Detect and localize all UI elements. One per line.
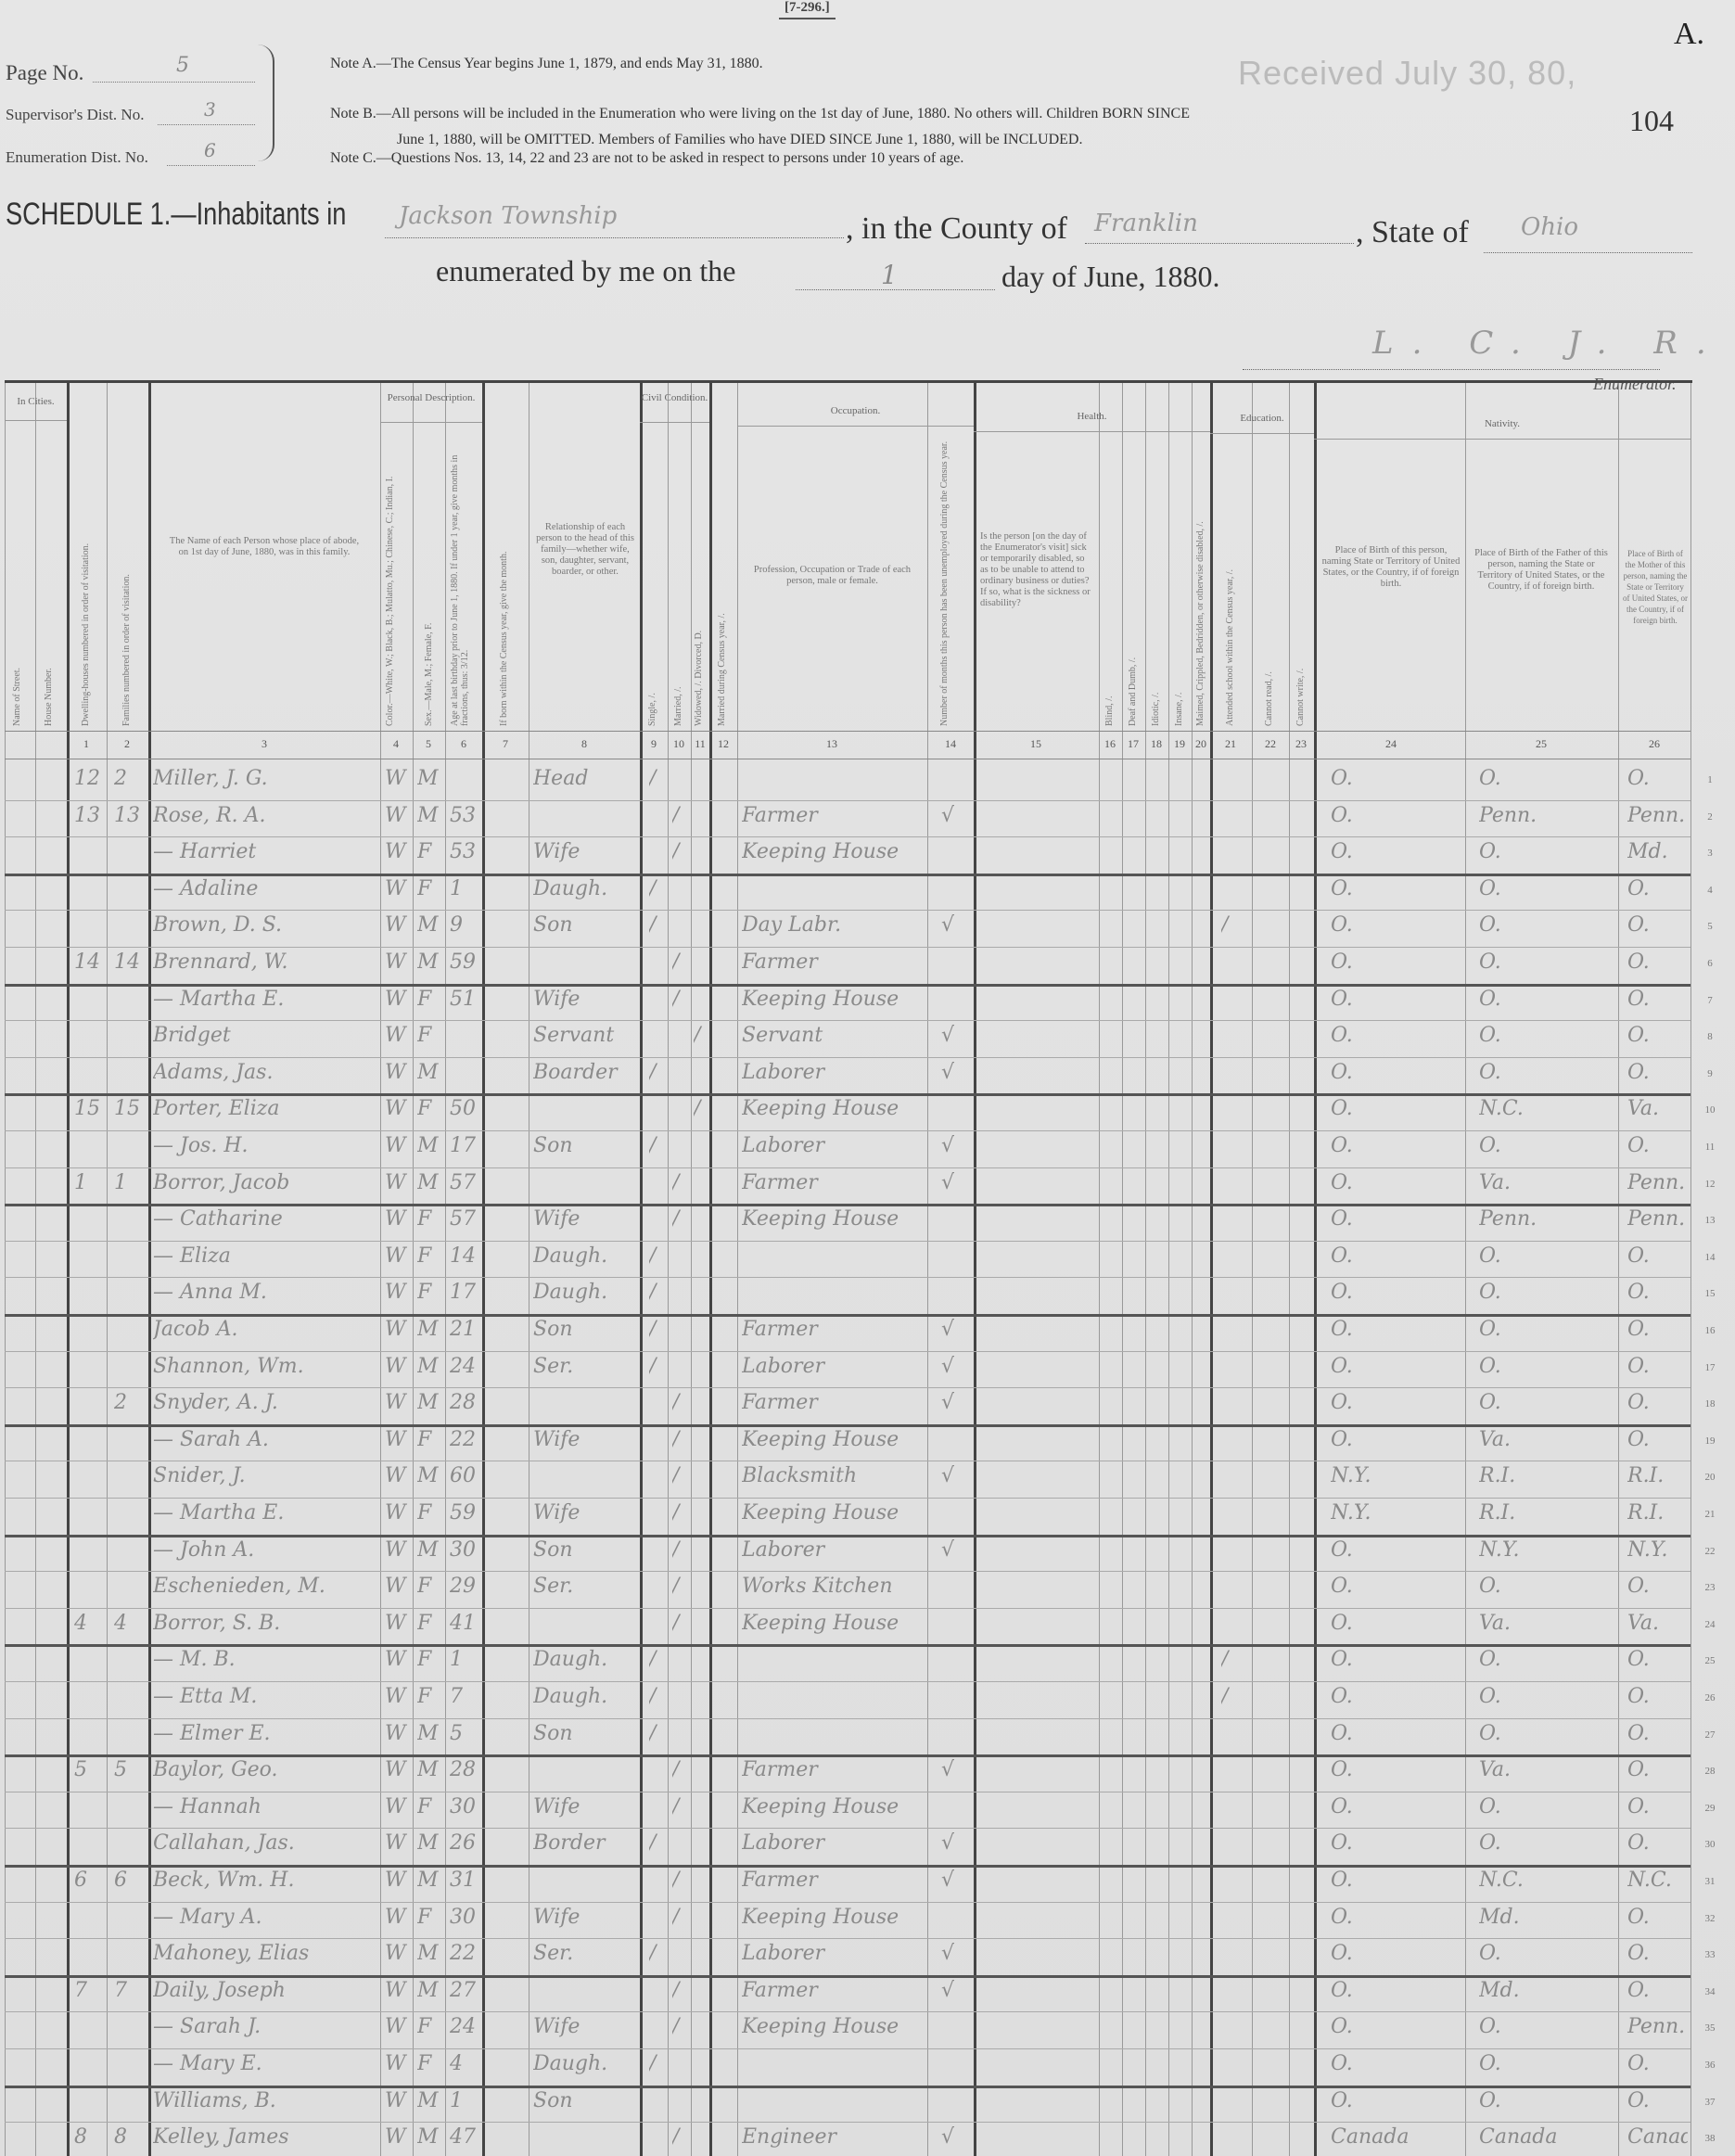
table-row: Snider, J.WM60/Blacksmith√N.Y.R.I.R.I.20 xyxy=(5,1461,1692,1495)
birthplace-value: O. xyxy=(1331,950,1461,978)
color-value: W xyxy=(385,1758,411,1786)
single-mark: / xyxy=(649,913,666,941)
header-col19-insane: Insane, /. xyxy=(1174,633,1184,726)
married-mark: / xyxy=(672,2125,689,2153)
table-row: Brown, D. S.WM9Son/Day Labr.√/O.O.O.5 xyxy=(5,910,1692,944)
line-number: 32 xyxy=(1696,1913,1724,1924)
received-stamp: Received July 30, 80, xyxy=(1238,54,1576,93)
widowed-mark xyxy=(694,1648,708,1676)
person-name: — Mary E. xyxy=(153,2052,376,2080)
relationship-value xyxy=(533,2125,635,2153)
unemployed-mark xyxy=(941,1722,969,1750)
married-mark: / xyxy=(672,950,689,978)
sex-value: M xyxy=(417,950,443,978)
age-value: 27 xyxy=(450,1979,479,2007)
state-value: Ohio xyxy=(1521,213,1578,241)
color-value: W xyxy=(385,1612,411,1639)
school-mark xyxy=(1221,1391,1249,1419)
table-row: — HannahWF30Wife/Keeping HouseO.O.O.29 xyxy=(5,1792,1692,1826)
school-mark xyxy=(1221,1134,1249,1162)
occupation-value: Day Labr. xyxy=(742,913,923,941)
unemployed-mark xyxy=(941,1906,969,1933)
dwelling-number xyxy=(74,2089,102,2117)
widowed-mark xyxy=(694,2125,708,2153)
line-number: 9 xyxy=(1696,1068,1724,1079)
occupation-value: Keeping House xyxy=(742,2015,923,2043)
single-mark xyxy=(649,988,666,1015)
widowed-mark xyxy=(694,1685,708,1713)
father-birthplace-value: N.Y. xyxy=(1479,1538,1609,1566)
table-row: Callahan, Jas.WM26Border/Laborer√O.O.O.3… xyxy=(5,1828,1692,1862)
unemployed-mark xyxy=(941,877,969,905)
person-name: Brennard, W. xyxy=(153,950,376,978)
color-value: W xyxy=(385,1942,411,1970)
family-number: 2 xyxy=(114,1391,142,1419)
color-value: W xyxy=(385,1538,411,1566)
family-number xyxy=(114,877,142,905)
mother-birthplace-value: Penn. xyxy=(1627,1207,1688,1235)
sex-value: M xyxy=(417,1831,443,1859)
mother-birthplace-value: O. xyxy=(1627,877,1688,905)
widowed-mark xyxy=(694,950,708,978)
header-col22-cannot-read: Cannot read, /. xyxy=(1264,615,1274,726)
relationship-value: Wife xyxy=(533,988,635,1015)
single-mark xyxy=(649,1612,666,1639)
mother-birthplace-value: O. xyxy=(1627,1942,1688,1970)
age-value: 5 xyxy=(450,1722,479,1750)
unemployed-mark xyxy=(941,1575,969,1602)
father-birthplace-value: O. xyxy=(1479,1355,1609,1383)
married-mark xyxy=(672,767,689,795)
table-row: 2Snyder, A. J.WM28/Farmer√O.O.O.18 xyxy=(5,1387,1692,1422)
mother-birthplace-value: O. xyxy=(1627,1795,1688,1823)
father-birthplace-value: O. xyxy=(1479,1575,1609,1602)
column-number: 4 xyxy=(382,737,410,751)
school-mark xyxy=(1221,2089,1249,2117)
single-mark xyxy=(649,1795,666,1823)
school-mark xyxy=(1221,1097,1249,1125)
header-col21-school: Attended school within the Census year, … xyxy=(1225,485,1235,726)
person-name: Bridget xyxy=(153,1024,376,1052)
header-col8-relationship: Relationship of each person to the head … xyxy=(535,522,635,578)
dwelling-number: 8 xyxy=(74,2125,102,2153)
sex-value: F xyxy=(417,1097,443,1125)
single-mark: / xyxy=(649,1281,666,1308)
person-name: Beck, Wm. H. xyxy=(153,1869,376,1896)
unemployed-mark: √ xyxy=(941,1538,969,1566)
header-col2-families: Families numbered in order of visitation… xyxy=(121,439,132,726)
school-mark xyxy=(1221,1942,1249,1970)
school-mark xyxy=(1221,1024,1249,1052)
family-number xyxy=(114,1244,142,1272)
dwelling-number: 5 xyxy=(74,1758,102,1786)
mother-birthplace-value: N.C. xyxy=(1627,1869,1688,1896)
family-number xyxy=(114,1795,142,1823)
widowed-mark xyxy=(694,1464,708,1492)
unemployed-mark: √ xyxy=(941,1171,969,1199)
person-name: Snider, J. xyxy=(153,1464,376,1492)
relationship-value: Daugh. xyxy=(533,1244,635,1272)
relationship-value: Son xyxy=(533,1538,635,1566)
single-mark xyxy=(649,1097,666,1125)
age-value: 1 xyxy=(450,877,479,905)
dwelling-number xyxy=(74,1831,102,1859)
table-row: 1313Rose, R. A.WM53/Farmer√O.Penn.Penn.2 xyxy=(5,800,1692,835)
school-mark xyxy=(1221,2052,1249,2080)
line-number: 18 xyxy=(1696,1398,1724,1410)
married-mark xyxy=(672,1097,689,1125)
school-mark xyxy=(1221,804,1249,832)
school-mark: / xyxy=(1221,1685,1249,1713)
school-mark xyxy=(1221,1612,1249,1639)
header-col18-idiotic: Idiotic, /. xyxy=(1151,633,1161,726)
sex-value: M xyxy=(417,2125,443,2153)
school-mark xyxy=(1221,988,1249,1015)
sex-value: M xyxy=(417,804,443,832)
occupation-value xyxy=(742,877,923,905)
married-mark xyxy=(672,1318,689,1346)
sex-value: F xyxy=(417,1244,443,1272)
relationship-value: Daugh. xyxy=(533,1648,635,1676)
person-name: Williams, B. xyxy=(153,2089,376,2117)
married-mark: / xyxy=(672,1501,689,1529)
color-value: W xyxy=(385,950,411,978)
relationship-value: Ser. xyxy=(533,1355,635,1383)
unemployed-mark: √ xyxy=(941,1061,969,1089)
column-number: 9 xyxy=(640,737,668,751)
person-name: Daily, Joseph xyxy=(153,1979,376,2007)
married-mark: / xyxy=(672,1428,689,1456)
family-number: 15 xyxy=(114,1097,142,1125)
father-birthplace-value: R.I. xyxy=(1479,1464,1609,1492)
age-value: 28 xyxy=(450,1391,479,1419)
table-row: Adams, Jas.WMBoarder/Laborer√O.O.O.9 xyxy=(5,1057,1692,1091)
married-mark: / xyxy=(672,1391,689,1419)
widowed-mark xyxy=(694,2089,708,2117)
married-mark xyxy=(672,1355,689,1383)
mother-birthplace-value: O. xyxy=(1627,988,1688,1015)
color-value: W xyxy=(385,2089,411,2117)
widowed-mark xyxy=(694,1318,708,1346)
single-mark xyxy=(649,950,666,978)
birthplace-value: O. xyxy=(1331,1171,1461,1199)
birthplace-value: O. xyxy=(1331,2052,1461,2080)
relationship-value xyxy=(533,950,635,978)
single-mark xyxy=(649,2125,666,2153)
color-value: W xyxy=(385,1831,411,1859)
single-mark: / xyxy=(649,1831,666,1859)
dwelling-number xyxy=(74,840,102,868)
dwelling-number xyxy=(74,1648,102,1676)
column-number: 22 xyxy=(1257,737,1284,751)
dwelling-number xyxy=(74,913,102,941)
unemployed-mark xyxy=(941,2015,969,2043)
birthplace-value: O. xyxy=(1331,1244,1461,1272)
table-row: 1515Porter, ElizaWF50/Keeping HouseO.N.C… xyxy=(5,1093,1692,1128)
color-value: W xyxy=(385,1906,411,1933)
single-mark: / xyxy=(649,1061,666,1089)
color-value: W xyxy=(385,1207,411,1235)
birthplace-value: O. xyxy=(1331,1428,1461,1456)
age-value: 26 xyxy=(450,1831,479,1859)
person-name: — Sarah A. xyxy=(153,1428,376,1456)
family-number xyxy=(114,1428,142,1456)
single-mark xyxy=(649,1024,666,1052)
single-mark xyxy=(649,1171,666,1199)
school-mark xyxy=(1221,2125,1249,2153)
age-value: 53 xyxy=(450,804,479,832)
family-number: 2 xyxy=(114,767,142,795)
married-mark xyxy=(672,2089,689,2117)
occupation-value: Laborer xyxy=(742,1942,923,1970)
dwelling-number xyxy=(74,1538,102,1566)
relationship-value: Daugh. xyxy=(533,1281,635,1308)
person-name: — Eliza xyxy=(153,1244,376,1272)
father-birthplace-value: N.C. xyxy=(1479,1097,1609,1125)
sheet-number: 104 xyxy=(1629,104,1674,138)
census-rows: 122Miller, J. G.WMHead/O.O.O.11313Rose, … xyxy=(5,763,1735,2156)
unemployed-mark: √ xyxy=(941,1318,969,1346)
dwelling-number: 1 xyxy=(74,1171,102,1199)
mother-birthplace-value: O. xyxy=(1627,1318,1688,1346)
table-row: 88Kelley, JamesWM47/Engineer√CanadaCanad… xyxy=(5,2122,1692,2156)
mother-birthplace-value: Penn. xyxy=(1627,1171,1688,1199)
dwelling-number: 15 xyxy=(74,1097,102,1125)
table-row: — Elmer E.WM5Son/O.O.O.27 xyxy=(5,1718,1692,1753)
table-row: — M. B.WF1Daugh.//O.O.O.25 xyxy=(5,1644,1692,1678)
sex-value: F xyxy=(417,2015,443,2043)
dwelling-number xyxy=(74,1134,102,1162)
relationship-value: Boarder xyxy=(533,1061,635,1089)
dwelling-number xyxy=(74,2015,102,2043)
table-row: — Anna M.WF17Daugh./O.O.O.15 xyxy=(5,1277,1692,1311)
table-row: Shannon, Wm.WM24Ser./Laborer√O.O.O.17 xyxy=(5,1351,1692,1385)
birthplace-value: O. xyxy=(1331,988,1461,1015)
line-number: 17 xyxy=(1696,1362,1724,1373)
person-name: — Etta M. xyxy=(153,1685,376,1713)
line-number: 24 xyxy=(1696,1619,1724,1630)
occupation-value xyxy=(742,767,923,795)
mother-birthplace-value: O. xyxy=(1627,1024,1688,1052)
age-value: 60 xyxy=(450,1464,479,1492)
color-value: W xyxy=(385,2015,411,2043)
sex-value: M xyxy=(417,2089,443,2117)
occupation-value: Farmer xyxy=(742,1869,923,1896)
table-row: 1414Brennard, W.WM59/FarmerO.O.O.6 xyxy=(5,947,1692,981)
birthplace-value: O. xyxy=(1331,1207,1461,1235)
corner-letter: A. xyxy=(1674,17,1704,52)
age-value: 51 xyxy=(450,988,479,1015)
occupation-value: Farmer xyxy=(742,950,923,978)
mother-birthplace-value: O. xyxy=(1627,767,1688,795)
supervisor-dist-label: Supervisor's Dist. No. xyxy=(6,106,144,124)
married-mark: / xyxy=(672,840,689,868)
color-value: W xyxy=(385,913,411,941)
color-value: W xyxy=(385,1355,411,1383)
color-value: W xyxy=(385,1024,411,1052)
unemployed-mark xyxy=(941,840,969,868)
married-mark: / xyxy=(672,804,689,832)
family-number xyxy=(114,1024,142,1052)
occupation-value: Keeping House xyxy=(742,1501,923,1529)
occupation-value: Laborer xyxy=(742,1061,923,1089)
dwelling-number xyxy=(74,1281,102,1308)
sex-value: M xyxy=(417,767,443,795)
person-name: — Martha E. xyxy=(153,1501,376,1529)
married-mark xyxy=(672,877,689,905)
birthplace-value: O. xyxy=(1331,804,1461,832)
single-mark: / xyxy=(649,1134,666,1162)
single-mark: / xyxy=(649,1318,666,1346)
dwelling-number xyxy=(74,1722,102,1750)
widowed-mark xyxy=(694,1207,708,1235)
sex-value: F xyxy=(417,1648,443,1676)
mother-birthplace-value: Va. xyxy=(1627,1097,1688,1125)
table-row: 66Beck, Wm. H.WM31/Farmer√O.N.C.N.C.31 xyxy=(5,1865,1692,1899)
schedule-title: SCHEDULE 1.—Inhabitants in xyxy=(6,197,346,233)
age-value: 9 xyxy=(450,913,479,941)
single-mark xyxy=(649,1501,666,1529)
father-birthplace-value: O. xyxy=(1479,1648,1609,1676)
table-row: — Sarah A.WF22Wife/Keeping HouseO.Va.O.1… xyxy=(5,1424,1692,1459)
header-col15-sickness: Is the person [on the day of the Enumera… xyxy=(980,531,1093,609)
relationship-value: Son xyxy=(533,913,635,941)
line-number: 36 xyxy=(1696,2060,1724,2071)
unemployed-mark: √ xyxy=(941,913,969,941)
column-number: 6 xyxy=(450,737,478,751)
mother-birthplace-value: O. xyxy=(1627,1685,1688,1713)
birthplace-value: O. xyxy=(1331,1831,1461,1859)
sex-value: M xyxy=(417,1171,443,1199)
single-mark xyxy=(649,2015,666,2043)
birthplace-value: O. xyxy=(1331,1942,1461,1970)
relationship-value xyxy=(533,1464,635,1492)
age-value: 7 xyxy=(450,1685,479,1713)
family-number xyxy=(114,1648,142,1676)
census-table: In Cities. Personal Description. Civil C… xyxy=(5,380,1692,2156)
mother-birthplace-value: O. xyxy=(1627,1758,1688,1786)
person-name: Shannon, Wm. xyxy=(153,1355,376,1383)
color-value: W xyxy=(385,1795,411,1823)
age-value: 59 xyxy=(450,950,479,978)
color-value: W xyxy=(385,1648,411,1676)
school-mark xyxy=(1221,1171,1249,1199)
header-col1-dwelling: Dwelling-houses numbered in order of vis… xyxy=(81,439,91,726)
age-value: 59 xyxy=(450,1501,479,1529)
sex-value: F xyxy=(417,1906,443,1933)
line-number: 21 xyxy=(1696,1509,1724,1520)
birthplace-value: O. xyxy=(1331,2089,1461,2117)
person-name: Miller, J. G. xyxy=(153,767,376,795)
table-row: — Sarah J.WF24Wife/Keeping HouseO.O.Penn… xyxy=(5,2011,1692,2046)
single-mark xyxy=(649,1464,666,1492)
unemployed-mark: √ xyxy=(941,804,969,832)
dwelling-number xyxy=(74,1391,102,1419)
widowed-mark xyxy=(694,1244,708,1272)
person-name: — Martha E. xyxy=(153,988,376,1015)
sex-value: M xyxy=(417,1758,443,1786)
father-birthplace-value: O. xyxy=(1479,1685,1609,1713)
occupation-value: Laborer xyxy=(742,1355,923,1383)
mother-birthplace-value: R.I. xyxy=(1627,1501,1688,1529)
widowed-mark xyxy=(694,1942,708,1970)
mother-birthplace-value: O. xyxy=(1627,1428,1688,1456)
sex-value: M xyxy=(417,1134,443,1162)
header-nativity: Nativity. xyxy=(1314,418,1690,430)
unemployed-mark xyxy=(941,1685,969,1713)
single-mark xyxy=(649,1575,666,1602)
person-name: Jacob A. xyxy=(153,1318,376,1346)
relationship-value xyxy=(533,1869,635,1896)
day-suffix: day of June, 1880. xyxy=(1001,260,1220,294)
father-birthplace-value: O. xyxy=(1479,1942,1609,1970)
person-name: Porter, Eliza xyxy=(153,1097,376,1125)
family-number xyxy=(114,1281,142,1308)
school-mark xyxy=(1221,1464,1249,1492)
color-value: W xyxy=(385,988,411,1015)
sex-value: M xyxy=(417,1061,443,1089)
sex-value: F xyxy=(417,840,443,868)
unemployed-mark: √ xyxy=(941,1831,969,1859)
age-value: 24 xyxy=(450,2015,479,2043)
header-col26-mother-birthplace: Place of Birth of the Mother of this per… xyxy=(1623,548,1688,626)
header-civil-condition: Civil Condition. xyxy=(640,392,709,404)
occupation-value xyxy=(742,2052,923,2080)
sex-value: M xyxy=(417,1318,443,1346)
family-number xyxy=(114,1501,142,1529)
line-number: 15 xyxy=(1696,1288,1724,1299)
header-col7-born-in-year: If born within the Census year, give the… xyxy=(499,439,509,726)
sex-value: F xyxy=(417,1501,443,1529)
father-birthplace-value: O. xyxy=(1479,1795,1609,1823)
occupation-value xyxy=(742,1244,923,1272)
note-c: Note C.—Questions Nos. 13, 14, 22 and 23… xyxy=(330,150,963,167)
table-row: — John A.WM30Son/Laborer√O.N.Y.N.Y.22 xyxy=(5,1535,1692,1569)
age-value: 14 xyxy=(450,1244,479,1272)
header-education: Education. xyxy=(1210,413,1314,425)
mother-birthplace-value: N.Y. xyxy=(1627,1538,1688,1566)
sex-value: F xyxy=(417,1024,443,1052)
single-mark xyxy=(649,1428,666,1456)
line-number: 37 xyxy=(1696,2097,1724,2108)
header-name-of-street: Name of Street. xyxy=(12,606,22,726)
note-b-line1: Note B.—All persons will be included in … xyxy=(330,106,1190,122)
column-number: 20 xyxy=(1187,737,1215,751)
unemployed-mark xyxy=(941,1648,969,1676)
age-value: 4 xyxy=(450,2052,479,2080)
father-birthplace-value: O. xyxy=(1479,840,1609,868)
widowed-mark xyxy=(694,1906,708,1933)
father-birthplace-value: O. xyxy=(1479,1061,1609,1089)
age-value: 53 xyxy=(450,840,479,868)
relationship-value: Border xyxy=(533,1831,635,1859)
table-row: — Etta M.WF7Daugh.//O.O.O.26 xyxy=(5,1681,1692,1716)
married-mark xyxy=(672,1244,689,1272)
dwelling-number xyxy=(74,877,102,905)
age-value xyxy=(450,1061,479,1089)
married-mark: / xyxy=(672,1979,689,2007)
color-value: W xyxy=(385,1171,411,1199)
person-name: Adams, Jas. xyxy=(153,1061,376,1089)
single-mark: / xyxy=(649,2052,666,2080)
age-value: 17 xyxy=(450,1134,479,1162)
married-mark xyxy=(672,1648,689,1676)
line-number: 28 xyxy=(1696,1766,1724,1777)
day-value: 1 xyxy=(881,260,898,290)
table-row: — AdalineWF1Daugh./O.O.O.4 xyxy=(5,874,1692,908)
widowed-mark xyxy=(694,1795,708,1823)
dwelling-number xyxy=(74,1795,102,1823)
